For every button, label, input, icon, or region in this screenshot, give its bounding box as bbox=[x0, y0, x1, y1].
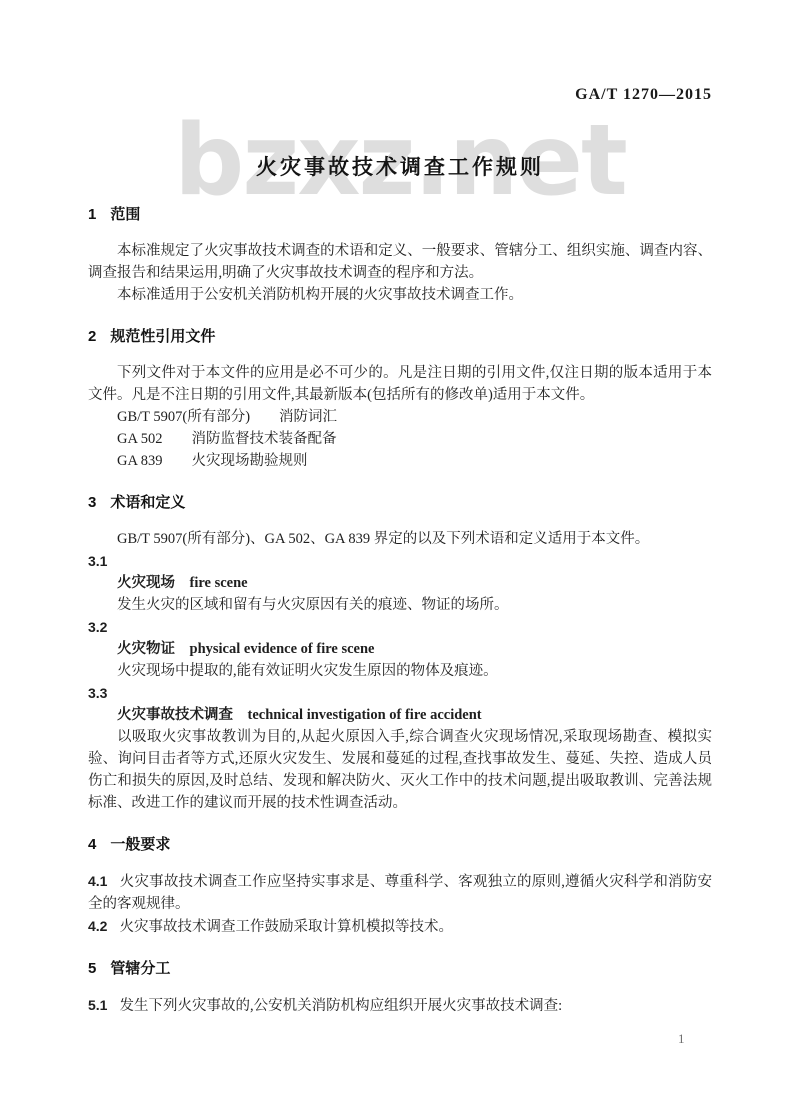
term-definition: 发生火灾的区域和留有与火灾原因有关的痕迹、物证的场所。 bbox=[88, 594, 712, 616]
section-heading-jurisdiction: 5管辖分工 bbox=[88, 958, 712, 980]
section-general-requirements: 4一般要求 4.1火灾事故技术调查工作应坚持实事求是、尊重科学、客观独立的原则,… bbox=[88, 834, 712, 938]
section-heading-scope: 1范围 bbox=[88, 204, 712, 226]
term-number: 3.1 bbox=[88, 550, 712, 572]
section-jurisdiction: 5管辖分工 5.1发生下列火灾事故的,公安机关消防机构应组织开展火灾事故技术调查… bbox=[88, 958, 712, 1017]
term-title: 火灾现场fire scene bbox=[88, 572, 712, 594]
reference-item: GB/T 5907(所有部分) 消防词汇 bbox=[88, 406, 712, 428]
section-scope: 1范围 本标准规定了火灾事故技术调查的术语和定义、一般要求、管辖分工、组织实施、… bbox=[88, 204, 712, 306]
section-heading-references: 2规范性引用文件 bbox=[88, 326, 712, 348]
section-title: 管辖分工 bbox=[110, 960, 170, 977]
section-number: 2 bbox=[88, 326, 96, 348]
section-normative-references: 2规范性引用文件 下列文件对于本文件的应用是必不可少的。凡是注日期的引用文件,仅… bbox=[88, 326, 712, 472]
term-entry: 3.1 火灾现场fire scene 发生火灾的区域和留有与火灾原因有关的痕迹、… bbox=[88, 550, 712, 616]
clause-number: 5.1 bbox=[88, 994, 107, 1016]
paragraph: 本标准适用于公安机关消防机构开展的火灾事故技术调查工作。 bbox=[88, 284, 712, 306]
term-number: 3.3 bbox=[88, 682, 712, 704]
section-heading-terms: 3术语和定义 bbox=[88, 492, 712, 514]
clause: 4.2火灾事故技术调查工作鼓励采取计算机模拟等技术。 bbox=[88, 915, 712, 938]
term-title: 火灾物证physical evidence of fire scene bbox=[88, 638, 712, 660]
reference-item: GA 839 火灾现场勘验规则 bbox=[88, 450, 712, 472]
section-terms-definitions: 3术语和定义 GB/T 5907(所有部分)、GA 502、GA 839 界定的… bbox=[88, 492, 712, 814]
clause-number: 4.1 bbox=[88, 870, 107, 892]
section-number: 3 bbox=[88, 492, 96, 514]
term-number: 3.2 bbox=[88, 616, 712, 638]
section-title: 一般要求 bbox=[110, 836, 170, 853]
term-name-zh: 火灾事故技术调查 bbox=[117, 707, 233, 723]
section-title: 范围 bbox=[110, 206, 140, 223]
clause: 4.1火灾事故技术调查工作应坚持实事求是、尊重科学、客观独立的原则,遵循火灾科学… bbox=[88, 870, 712, 915]
term-name-en: fire scene bbox=[190, 575, 248, 591]
paragraph: GB/T 5907(所有部分)、GA 502、GA 839 界定的以及下列术语和… bbox=[88, 528, 712, 550]
reference-item: GA 502 消防监督技术装备配备 bbox=[88, 428, 712, 450]
paragraph: 本标准规定了火灾事故技术调查的术语和定义、一般要求、管辖分工、组织实施、调查内容… bbox=[88, 240, 712, 284]
term-definition: 火灾现场中提取的,能有效证明火灾发生原因的物体及痕迹。 bbox=[88, 660, 712, 682]
term-entry: 3.3 火灾事故技术调查technical investigation of f… bbox=[88, 682, 712, 814]
term-name-zh: 火灾现场 bbox=[117, 575, 175, 591]
section-heading-general: 4一般要求 bbox=[88, 834, 712, 856]
clause: 5.1发生下列火灾事故的,公安机关消防机构应组织开展火灾事故技术调查: bbox=[88, 994, 712, 1017]
term-name-en: technical investigation of fire accident bbox=[248, 707, 482, 723]
clause-text: 火灾事故技术调查工作应坚持实事求是、尊重科学、客观独立的原则,遵循火灾科学和消防… bbox=[88, 874, 712, 912]
term-title: 火灾事故技术调查technical investigation of fire … bbox=[88, 704, 712, 726]
document-content: 火灾事故技术调查工作规则 1范围 本标准规定了火灾事故技术调查的术语和定义、一般… bbox=[0, 0, 800, 1017]
term-name-en: physical evidence of fire scene bbox=[190, 641, 375, 657]
standard-code: GA/T 1270—2015 bbox=[575, 86, 712, 104]
section-title: 术语和定义 bbox=[110, 494, 185, 511]
section-title: 规范性引用文件 bbox=[110, 328, 215, 345]
term-entry: 3.2 火灾物证physical evidence of fire scene … bbox=[88, 616, 712, 682]
section-number: 4 bbox=[88, 834, 96, 856]
term-definition: 以吸取火灾事故教训为目的,从起火原因入手,综合调查火灾现场情况,采取现场勘查、模… bbox=[88, 726, 712, 814]
clause-text: 发生下列火灾事故的,公安机关消防机构应组织开展火灾事故技术调查: bbox=[119, 998, 562, 1014]
clause-text: 火灾事故技术调查工作鼓励采取计算机模拟等技术。 bbox=[119, 919, 453, 935]
section-number: 1 bbox=[88, 204, 96, 226]
document-page: bzxz.net GA/T 1270—2015 火灾事故技术调查工作规则 1范围… bbox=[0, 0, 800, 1104]
term-name-zh: 火灾物证 bbox=[117, 641, 175, 657]
section-number: 5 bbox=[88, 958, 96, 980]
page-number: 1 bbox=[678, 1031, 685, 1047]
paragraph: 下列文件对于本文件的应用是必不可少的。凡是注日期的引用文件,仅注日期的版本适用于… bbox=[88, 362, 712, 406]
clause-number: 4.2 bbox=[88, 915, 107, 937]
